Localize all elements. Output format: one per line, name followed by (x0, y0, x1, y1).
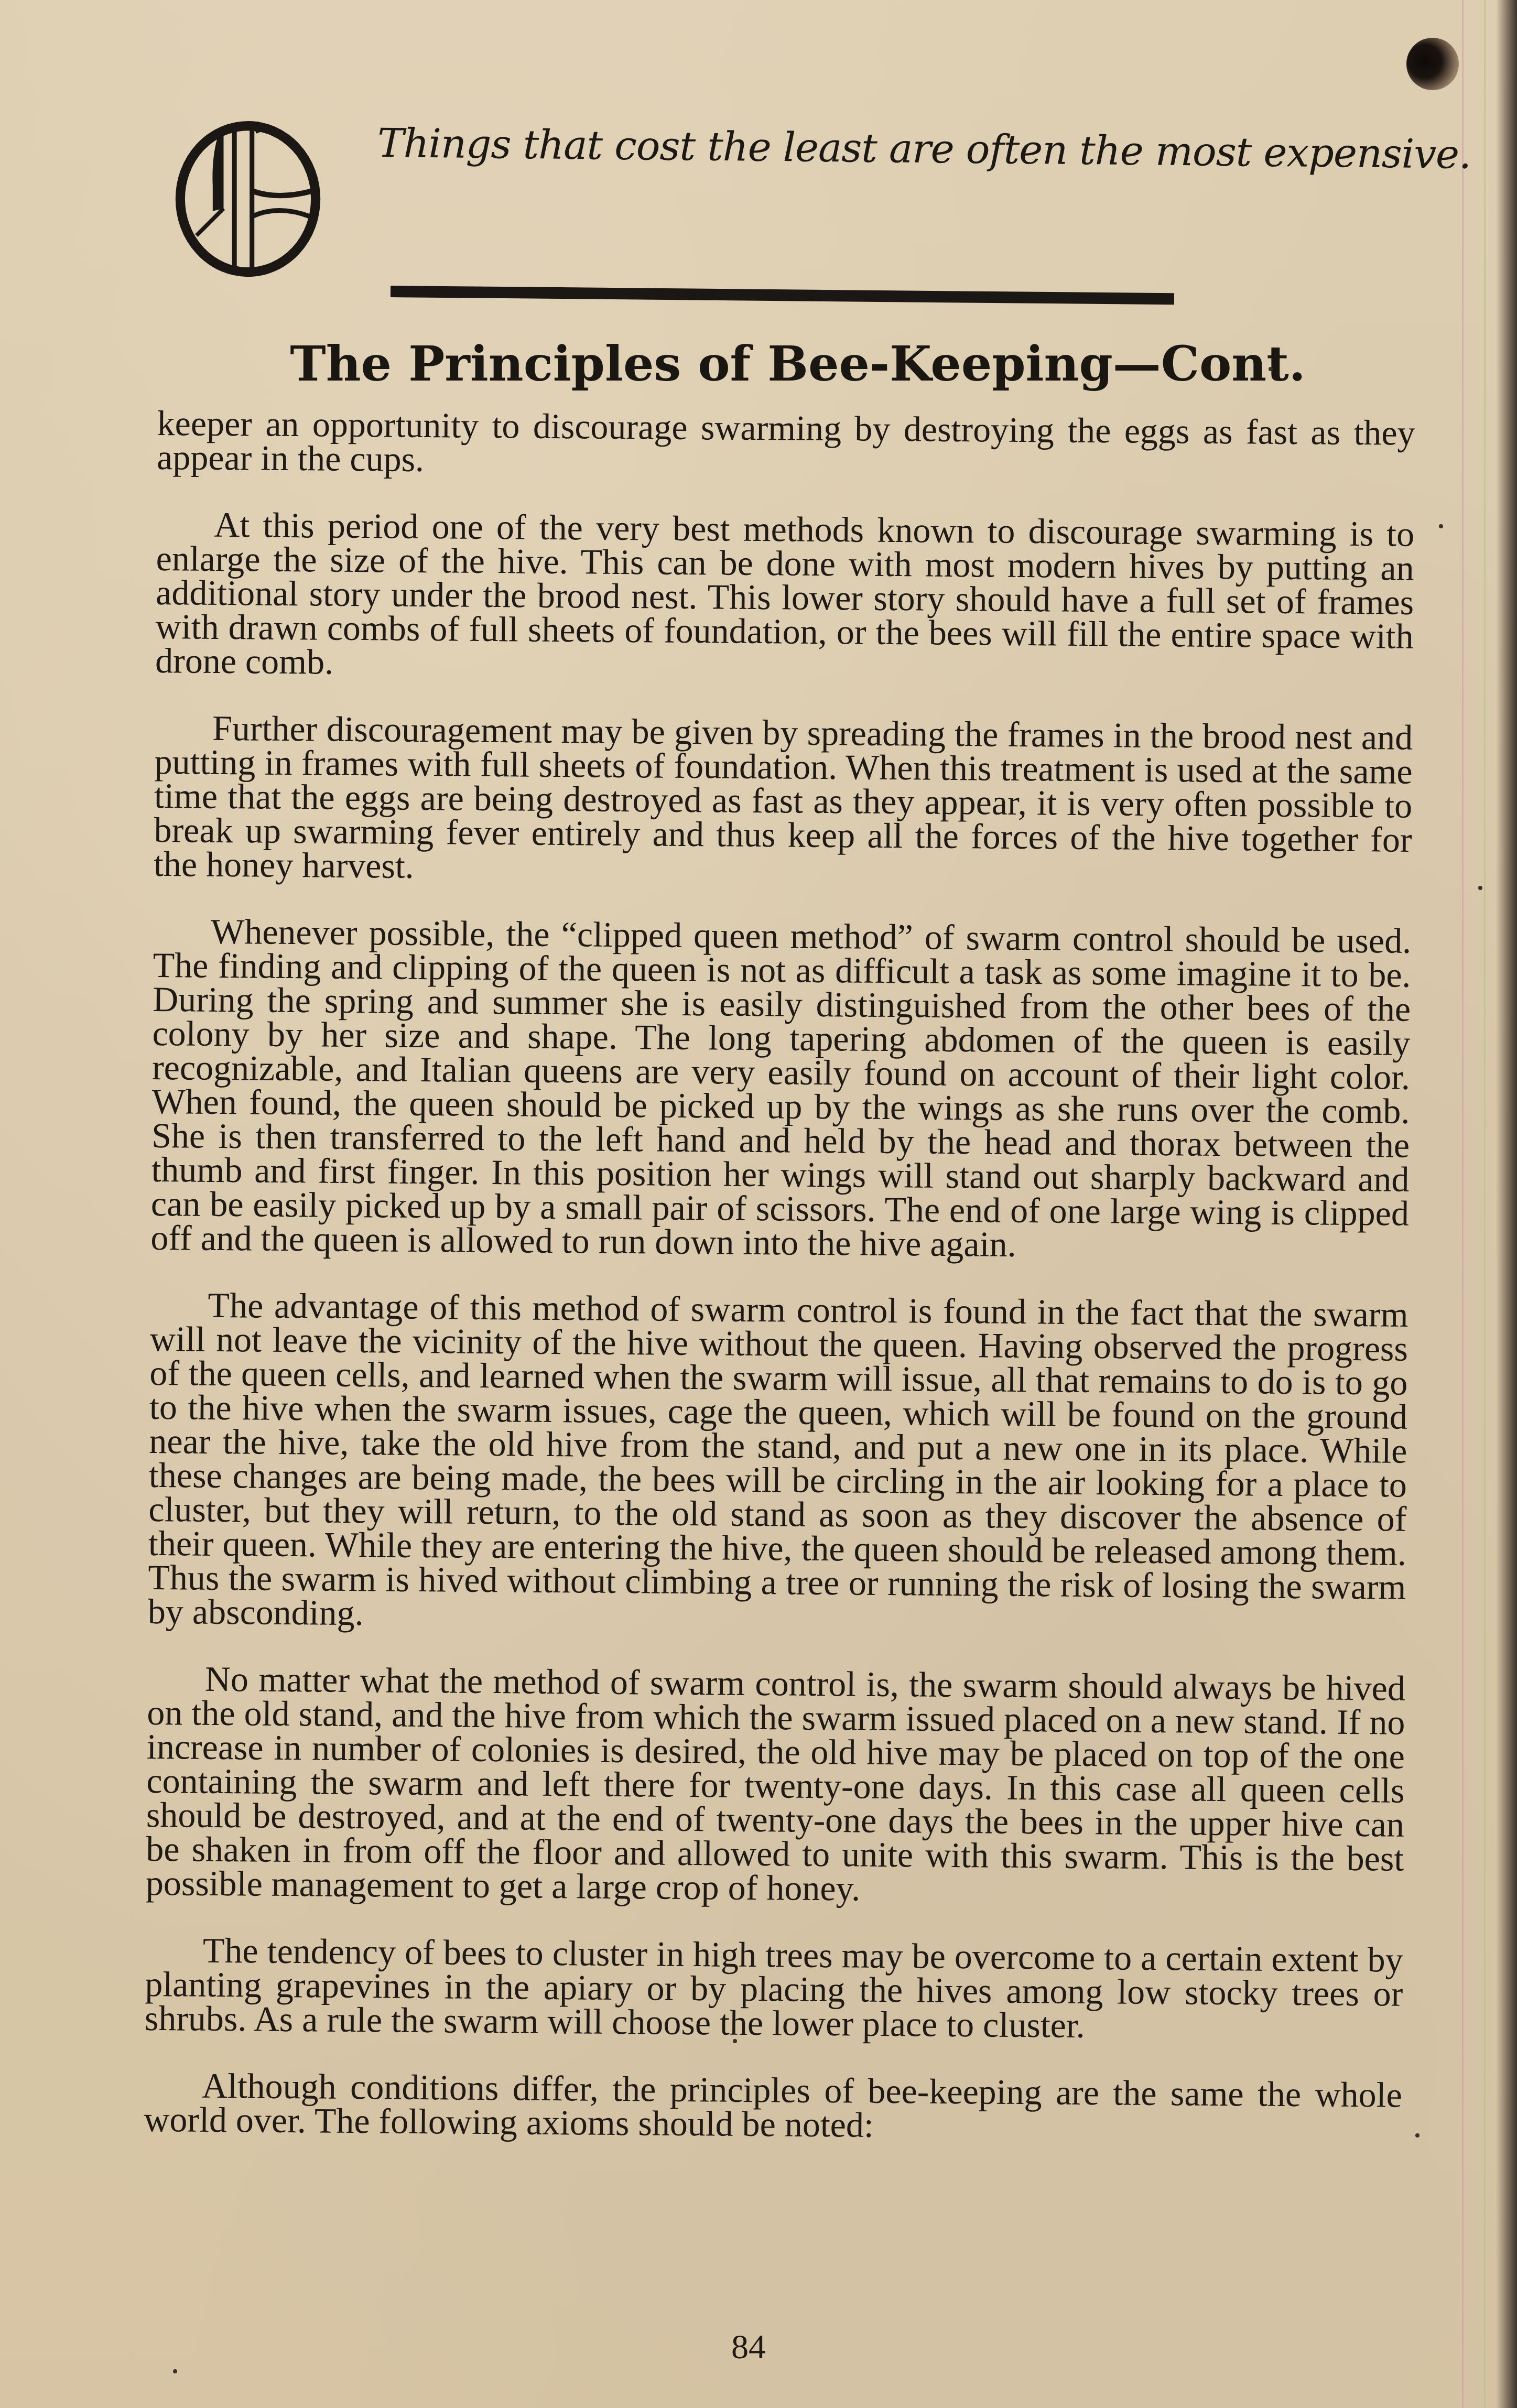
horizontal-rule (391, 286, 1174, 305)
motto-heading: Things that cost the least are often the… (377, 120, 1471, 178)
paragraph: At this period one of the very best meth… (155, 507, 1414, 688)
paper-speck (1269, 367, 1273, 371)
paragraph: No matter what the method of swarm contr… (146, 1662, 1405, 1910)
paper-speck (1415, 2133, 1420, 2138)
page-number: 84 (731, 2327, 766, 2367)
page-title: The Principles of Bee-Keeping—Cont. (0, 335, 1517, 392)
punch-hole (1406, 38, 1459, 90)
paragraph: keeper an opportunity to discourage swar… (157, 406, 1415, 484)
paragraph: The tendency of bees to cluster in high … (145, 1933, 1403, 2045)
book-page: Things that cost the least are often the… (0, 0, 1517, 2408)
monogram-logo-icon (167, 116, 329, 279)
paragraph: The advantage of this method of swarm co… (148, 1288, 1408, 1639)
paragraph: Further discouragement may be given by s… (154, 711, 1413, 891)
paragraph: Whenever possible, the “clipped queen me… (150, 914, 1411, 1265)
paper-speck (733, 2039, 737, 2043)
paper-speck (1478, 886, 1482, 890)
paper-speck (173, 2369, 177, 2373)
article-body: keeper an opportunity to discourage swar… (144, 406, 1415, 2179)
paper-speck (1439, 524, 1443, 528)
paragraph: Although conditions differ, the principl… (144, 2068, 1402, 2146)
